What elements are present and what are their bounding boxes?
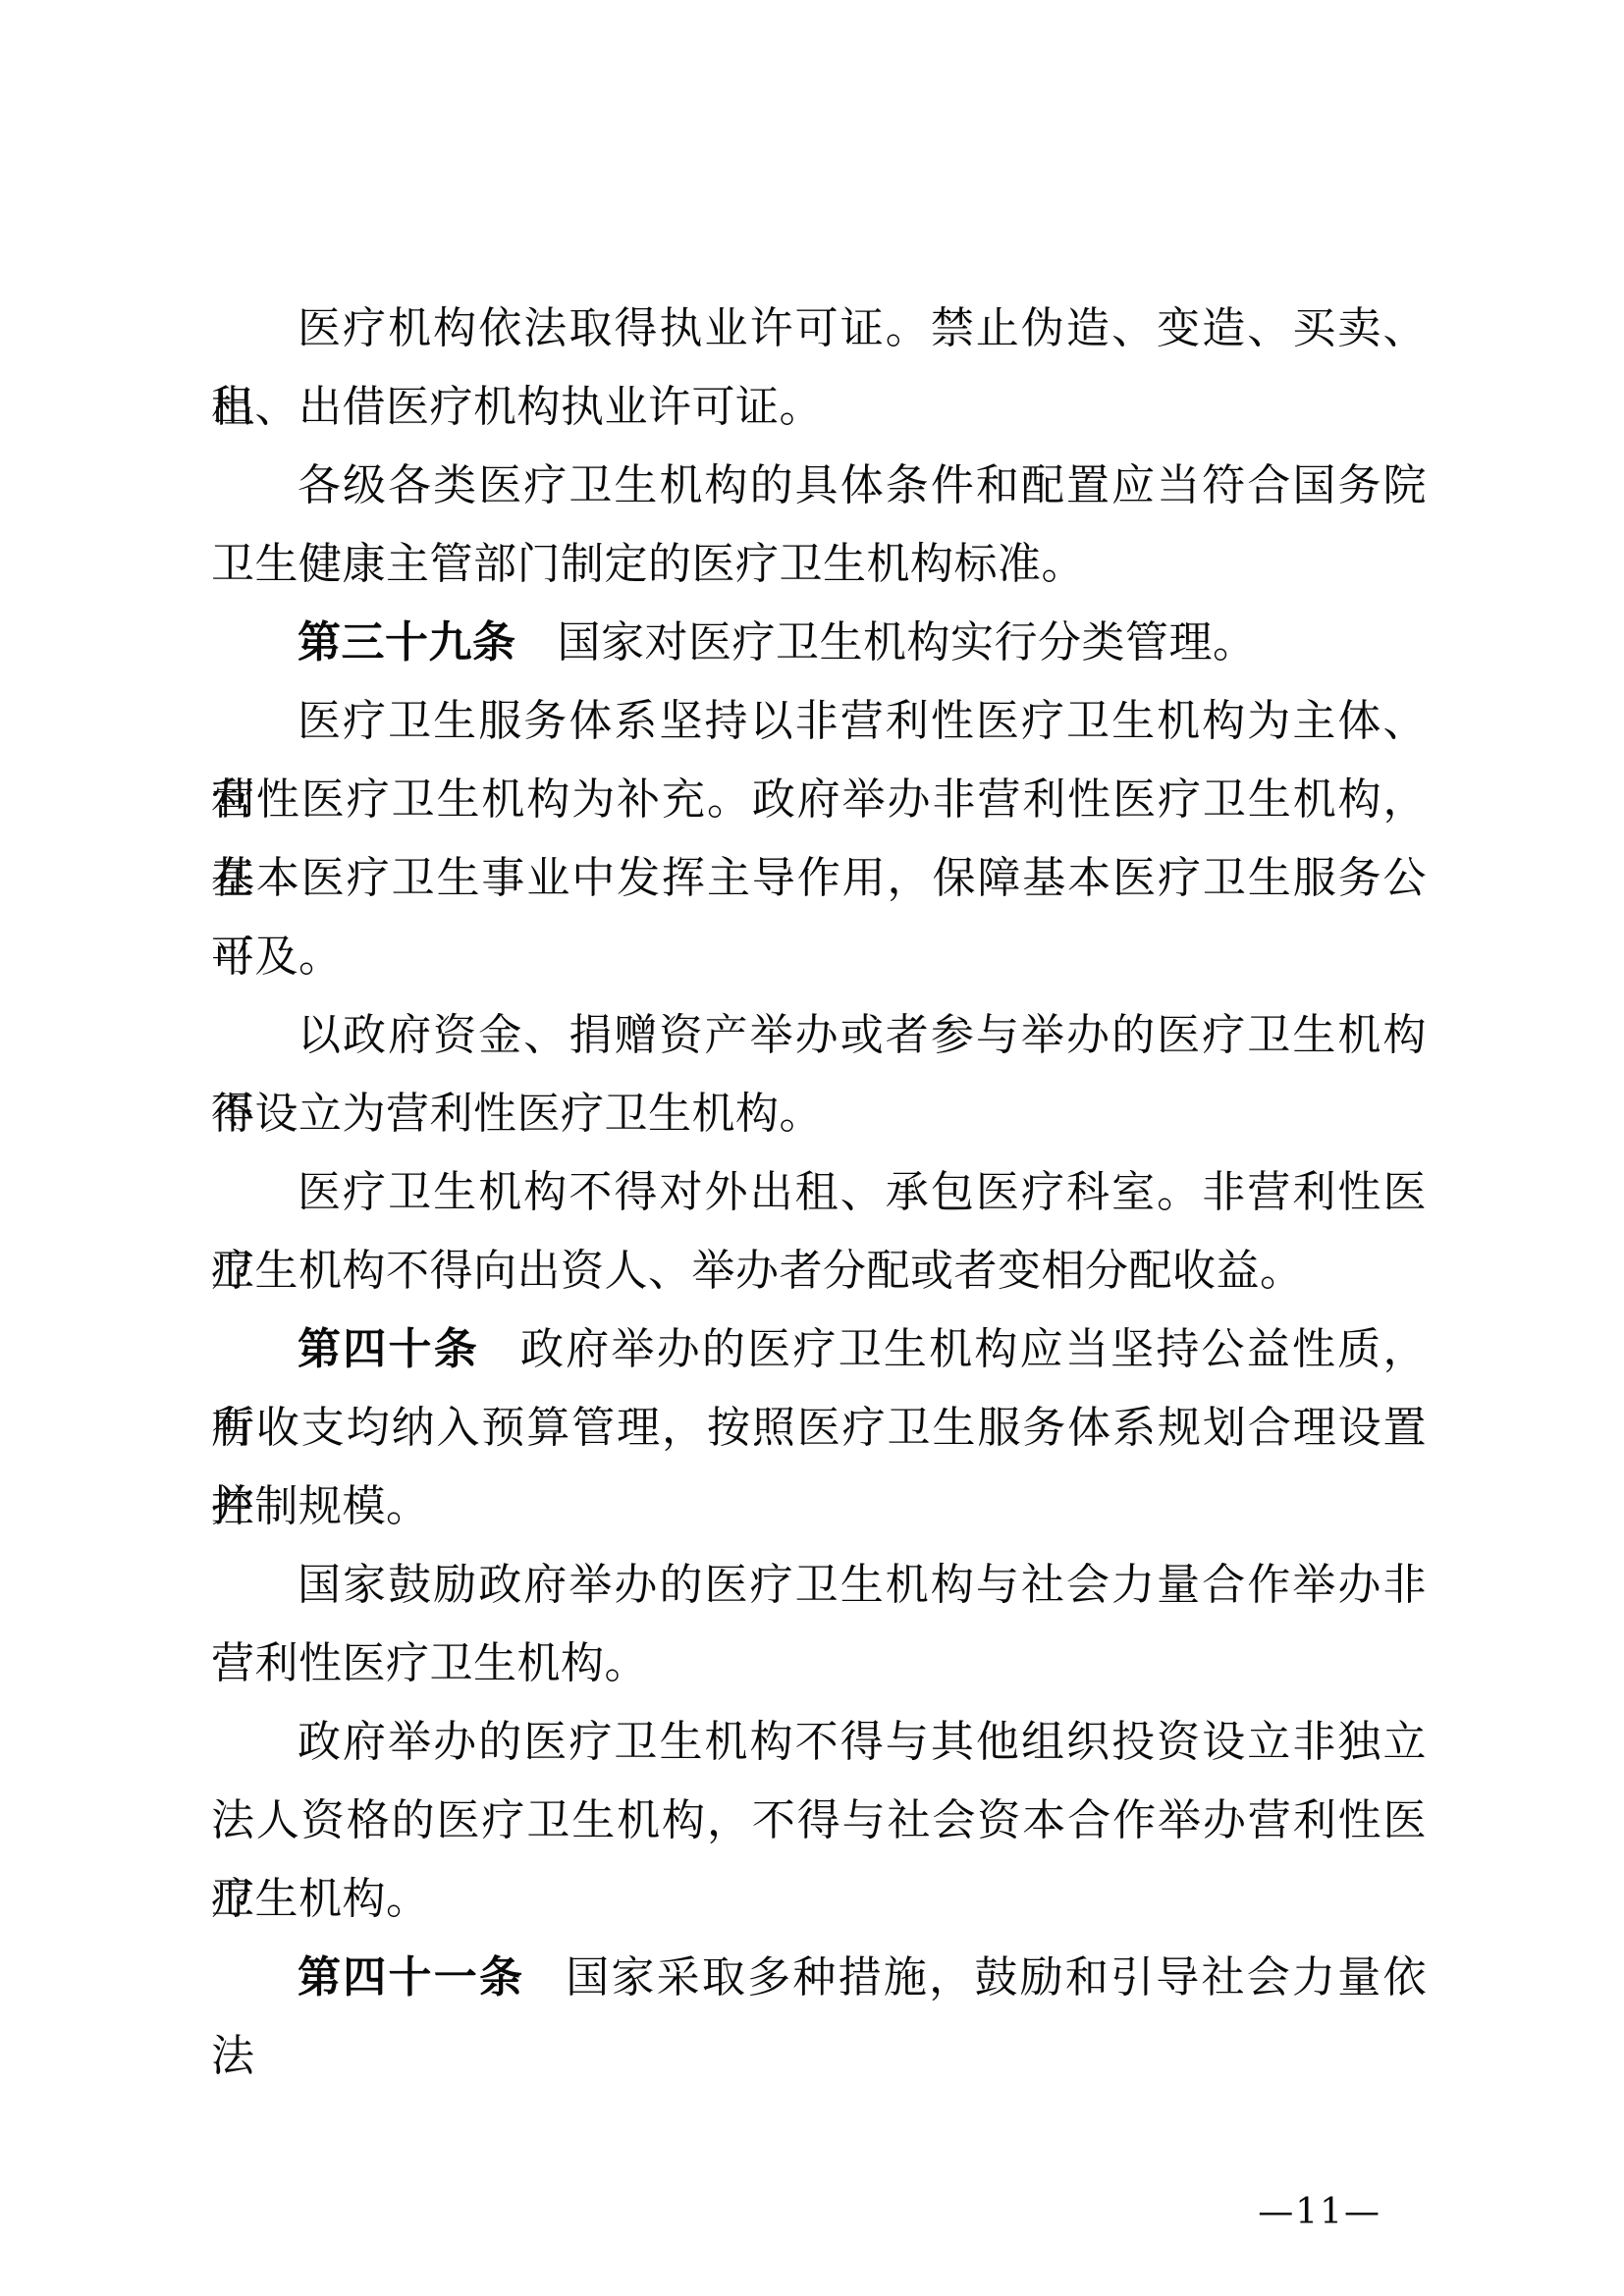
article-number: 第四十条 bbox=[298, 1324, 479, 1374]
text-line: 利性医疗卫生机构为补充。政府举办非营利性医疗卫生机构，在 bbox=[211, 761, 1427, 839]
text-line: 可及。 bbox=[211, 918, 1427, 996]
text-line: 医疗卫生服务体系坚持以非营利性医疗卫生机构为主体、营 bbox=[211, 682, 1427, 761]
text-line: 国家鼓励政府举办的医疗卫生机构与社会力量合作举办非 bbox=[211, 1546, 1427, 1625]
text-line: 第三十九条国家对医疗卫生机构实行分类管理。 bbox=[211, 604, 1427, 682]
line-text: 国家对医疗卫生机构实行分类管理。 bbox=[558, 617, 1257, 667]
text-line: 第四十一条国家采取多种措施，鼓励和引导社会力量依法 bbox=[211, 1939, 1427, 2017]
text-line: 政府举办的医疗卫生机构不得与其他组织投资设立非独立 bbox=[211, 1703, 1427, 1782]
text-line: 租、出借医疗机构执业许可证。 bbox=[211, 368, 1427, 447]
text-line: 第四十条政府举办的医疗卫生机构应当坚持公益性质，所 bbox=[211, 1310, 1427, 1389]
text-line: 控制规模。 bbox=[211, 1468, 1427, 1546]
text-line: 各级各类医疗卫生机构的具体条件和配置应当符合国务院 bbox=[211, 447, 1427, 525]
text-line: 医疗机构依法取得执业许可证。禁止伪造、变造、买卖、出 bbox=[211, 290, 1427, 368]
document-body: 医疗机构依法取得执业许可证。禁止伪造、变造、买卖、出 租、出借医疗机构执业许可证… bbox=[211, 290, 1427, 2017]
text-line: 得设立为营利性医疗卫生机构。 bbox=[211, 1075, 1427, 1153]
text-line: 基本医疗卫生事业中发挥主导作用，保障基本医疗卫生服务公平 bbox=[211, 839, 1427, 918]
text-line: 有收支均纳入预算管理，按照医疗卫生服务体系规划合理设置并 bbox=[211, 1389, 1427, 1468]
text-line: 医疗卫生机构不得对外出租、承包医疗科室。非营利性医疗 bbox=[211, 1153, 1427, 1232]
text-line: 卫生机构。 bbox=[211, 1860, 1427, 1939]
text-line: 以政府资金、捐赠资产举办或者参与举办的医疗卫生机构不 bbox=[211, 996, 1427, 1075]
text-line: 法人资格的医疗卫生机构，不得与社会资本合作举办营利性医疗 bbox=[211, 1782, 1427, 1860]
page-number: —11— bbox=[1258, 2191, 1381, 2234]
text-line: 卫生健康主管部门制定的医疗卫生机构标准。 bbox=[211, 525, 1427, 604]
text-line: 营利性医疗卫生机构。 bbox=[211, 1625, 1427, 1703]
article-number: 第四十一条 bbox=[298, 1952, 524, 2002]
document-page: 医疗机构依法取得执业许可证。禁止伪造、变造、买卖、出 租、出借医疗机构执业许可证… bbox=[0, 0, 1624, 2296]
text-line: 卫生机构不得向出资人、举办者分配或者变相分配收益。 bbox=[211, 1232, 1427, 1310]
article-number: 第三十九条 bbox=[298, 617, 516, 667]
